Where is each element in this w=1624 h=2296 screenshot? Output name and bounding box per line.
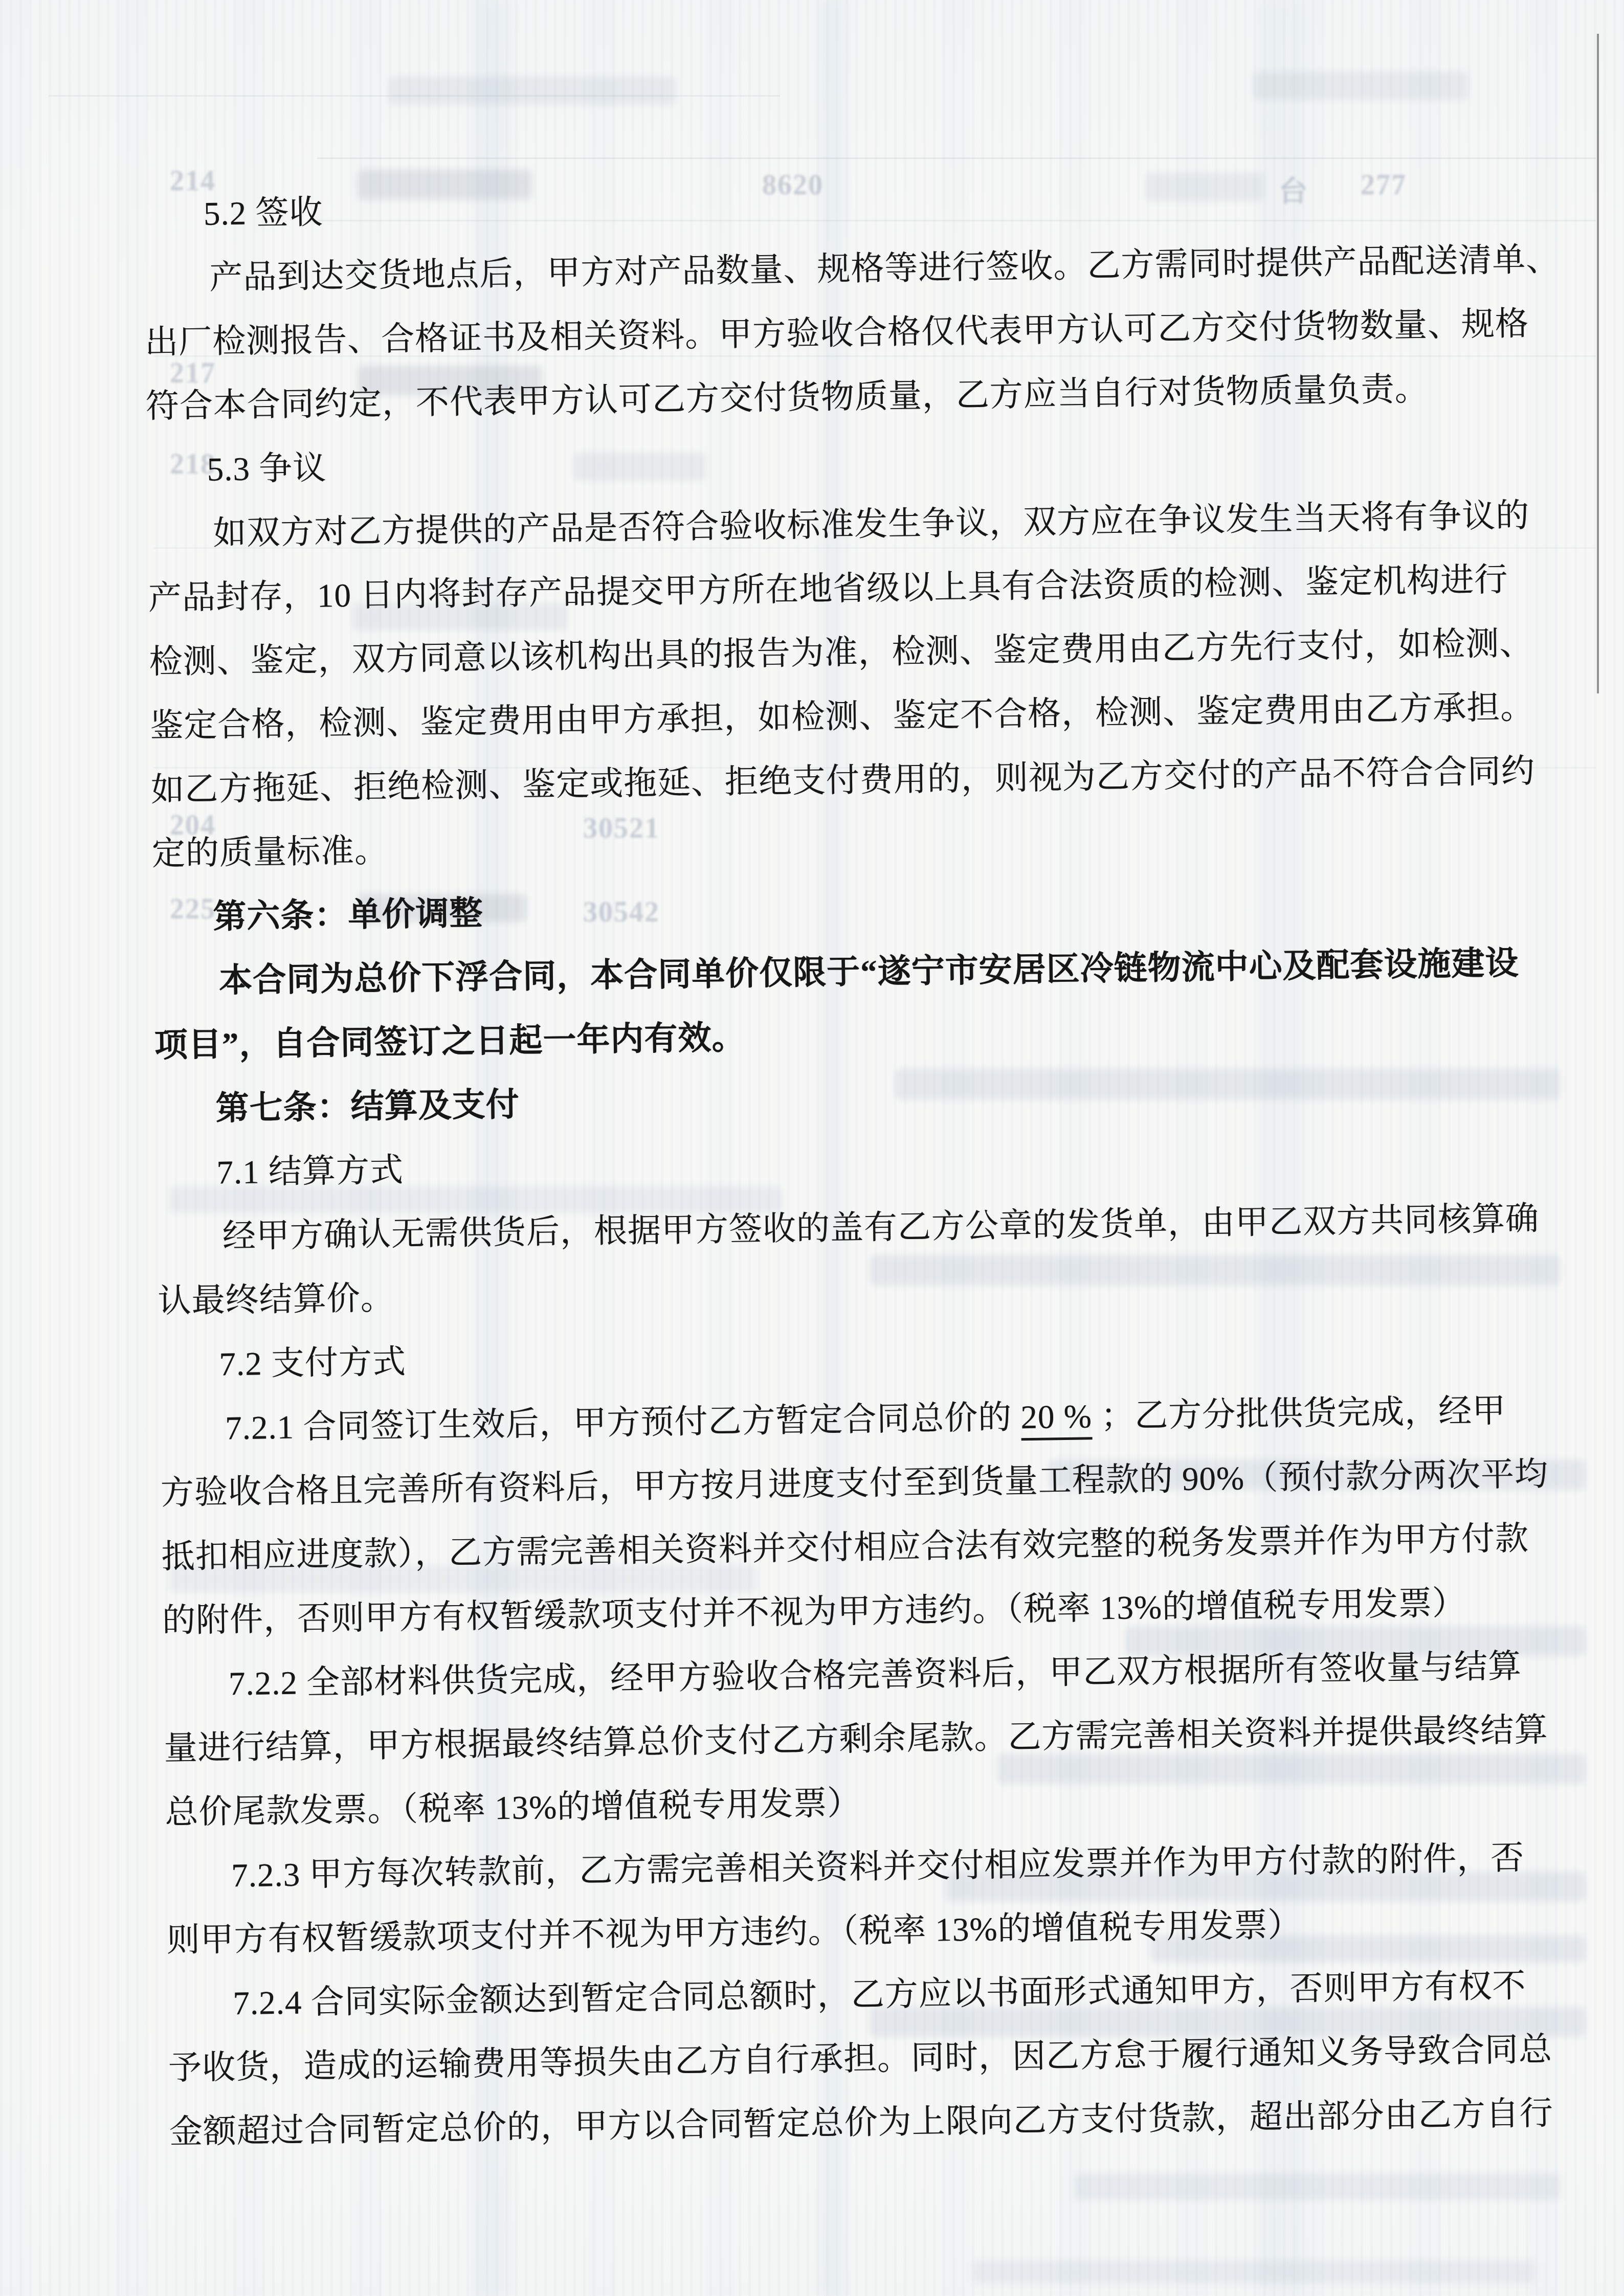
bleedthrough-table-line	[317, 157, 1596, 159]
bleedthrough-smudge	[389, 77, 675, 105]
bleedthrough-table-border	[1597, 34, 1599, 693]
text-segment: ；乙方分批供货完成，经甲	[1092, 1392, 1506, 1435]
bleedthrough-smudge	[1074, 2173, 1560, 2200]
underlined-value: 20 %	[1020, 1398, 1092, 1440]
text-segment: 7.2.1 合同签订生效后，甲方预付乙方暂定合同总价的	[225, 1399, 1021, 1447]
bleedthrough-smudge	[1253, 72, 1468, 100]
bleedthrough-smudge	[972, 2260, 1534, 2283]
document-lines: 5.2 签收产品到达交货地点后，甲方对产品数量、规格等进行签收。乙方需同时提供产…	[143, 165, 1541, 2165]
contract-text-block: 5.2 签收产品到达交货地点后，甲方对产品数量、规格等进行签收。乙方需同时提供产…	[143, 165, 1541, 2165]
